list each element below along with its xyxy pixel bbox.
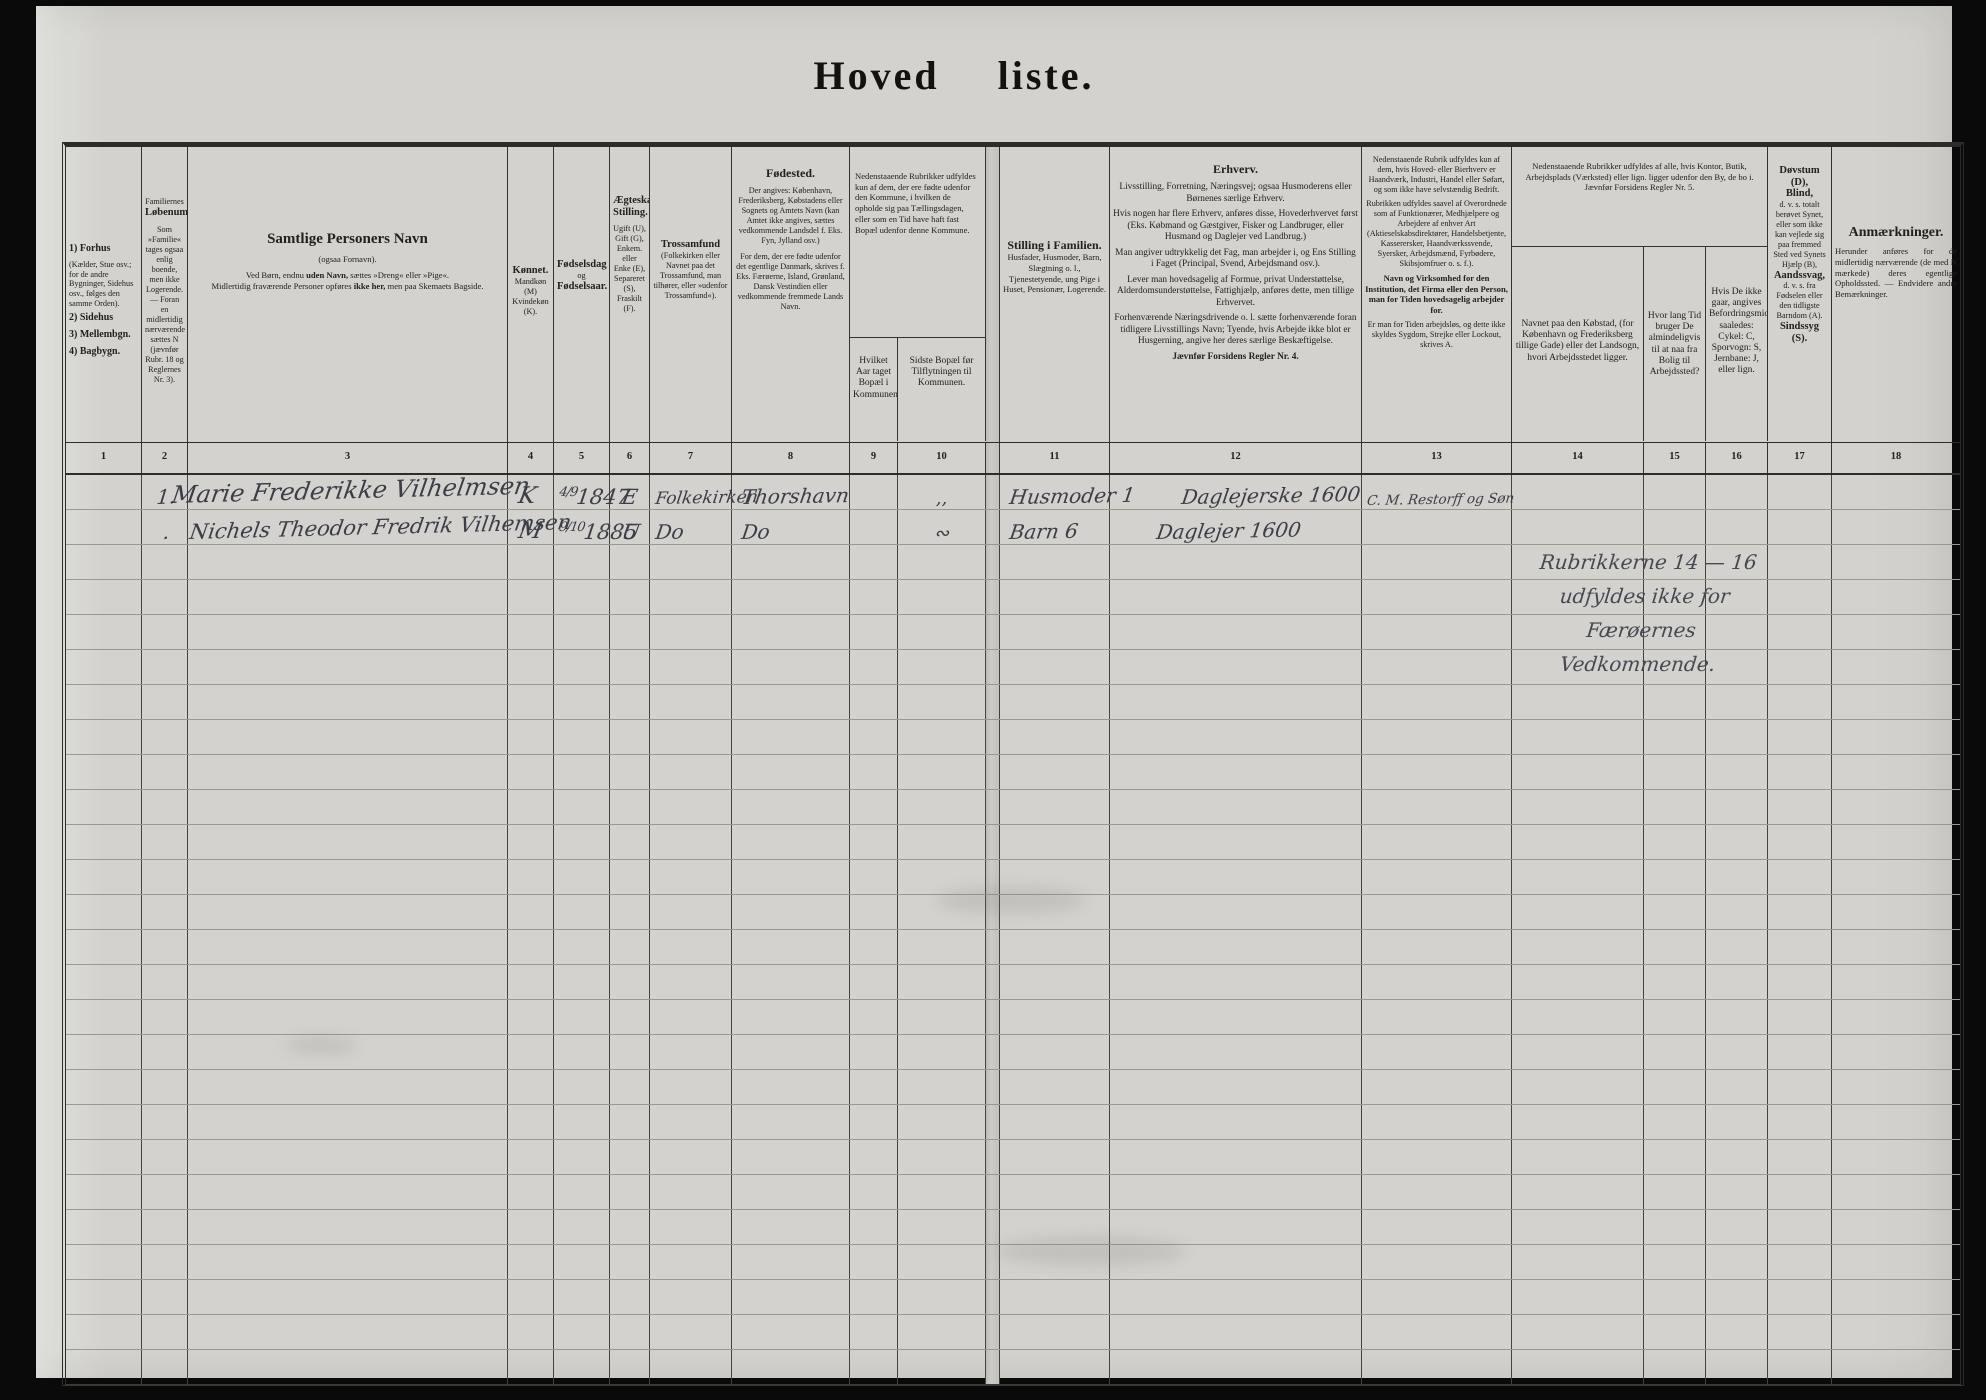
handwritten-lobenummer: . bbox=[161, 520, 170, 544]
body-cell bbox=[610, 1245, 650, 1279]
body-cell bbox=[508, 545, 554, 579]
body-cell bbox=[1362, 1035, 1512, 1069]
header-arbejdsgiver: Nedenstaaende Rubrik udfyldes kun af dem… bbox=[1362, 147, 1512, 442]
body-cell bbox=[1000, 1105, 1110, 1139]
body-cell bbox=[650, 790, 732, 824]
body-cell bbox=[898, 685, 986, 719]
body-cell bbox=[1768, 1245, 1832, 1279]
body-cell bbox=[1706, 580, 1768, 614]
body-cell bbox=[650, 650, 732, 684]
body-cell bbox=[850, 860, 898, 894]
header-arbejdssted: Navnet paa den Købstad, (for København o… bbox=[1512, 247, 1644, 441]
body-cell bbox=[508, 825, 554, 859]
body-cell bbox=[1644, 930, 1706, 964]
body-cell bbox=[554, 1350, 610, 1384]
body-cell bbox=[188, 545, 508, 579]
body-cell bbox=[66, 790, 142, 824]
column-number: 12 bbox=[1110, 443, 1362, 473]
body-cell bbox=[898, 755, 986, 789]
body-cell bbox=[1110, 615, 1362, 649]
foedselsdag-cell: 9/101885 bbox=[554, 510, 610, 544]
body-cell bbox=[1362, 1280, 1512, 1314]
foedselsdag-line1: Fødselsdag bbox=[557, 259, 606, 271]
body-cell bbox=[1000, 1175, 1110, 1209]
body-cell bbox=[554, 1175, 610, 1209]
page-gutter bbox=[986, 147, 1000, 442]
page-gutter bbox=[986, 545, 1000, 579]
body-cell bbox=[1512, 685, 1644, 719]
body-cell bbox=[1512, 1000, 1644, 1034]
table-row-entry-2: . Nichels Theodor Fredrik Vilhemsen M 9/… bbox=[66, 510, 1960, 545]
body-cell bbox=[1644, 1315, 1706, 1349]
body-cell bbox=[732, 685, 850, 719]
header-erhverv: Erhverv. Livsstilling, Forretning, Nærin… bbox=[1110, 147, 1362, 442]
body-cell bbox=[188, 965, 508, 999]
body-cell bbox=[554, 1105, 610, 1139]
body-cell bbox=[554, 825, 610, 859]
foedselsdag-line3: Fødselsaar. bbox=[557, 281, 606, 293]
body-cell bbox=[554, 1315, 610, 1349]
erhverv-p6: Jævnfør Forsidens Regler Nr. 4. bbox=[1113, 352, 1358, 364]
body-cell bbox=[850, 1350, 898, 1384]
table-row-empty bbox=[66, 930, 1960, 965]
body-cell bbox=[1110, 1350, 1362, 1384]
table-row-empty bbox=[66, 1070, 1960, 1105]
body-cell bbox=[610, 1000, 650, 1034]
body-cell bbox=[850, 720, 898, 754]
body-cell bbox=[1768, 755, 1832, 789]
body-cell bbox=[1512, 545, 1644, 579]
handwritten-trossamfund: Do bbox=[654, 520, 686, 544]
table-row-empty bbox=[66, 965, 1960, 1000]
stilling-title: Stilling i Familien. bbox=[1003, 239, 1106, 252]
body-cell bbox=[1832, 1000, 1960, 1034]
body-cell bbox=[1706, 545, 1768, 579]
stilling-cell: Barn 6 bbox=[1000, 510, 1110, 544]
body-cell bbox=[732, 1245, 850, 1279]
body-cell bbox=[650, 1315, 732, 1349]
table-row-empty bbox=[66, 685, 1960, 720]
body-cell bbox=[1362, 720, 1512, 754]
body-cell bbox=[554, 615, 610, 649]
body-cell bbox=[66, 1140, 142, 1174]
body-cell bbox=[898, 790, 986, 824]
body-cell bbox=[850, 790, 898, 824]
body-cell bbox=[188, 1105, 508, 1139]
body-cell bbox=[1706, 685, 1768, 719]
column-number: 5 bbox=[554, 443, 610, 473]
body-cell bbox=[188, 860, 508, 894]
body-cell bbox=[1512, 1350, 1644, 1384]
body-cell bbox=[554, 930, 610, 964]
body-cell bbox=[1706, 510, 1768, 544]
body-cell bbox=[1000, 1315, 1110, 1349]
body-cell bbox=[1706, 825, 1768, 859]
table-row-entry-1: 1. Marie Frederikke Vilhelmsen K 4/91847… bbox=[66, 475, 1960, 510]
body-cell bbox=[650, 545, 732, 579]
body-cell bbox=[1512, 1245, 1644, 1279]
body-cell bbox=[66, 1315, 142, 1349]
anmaerkninger-title: Anmærkninger. bbox=[1835, 225, 1957, 240]
body-cell bbox=[650, 615, 732, 649]
body-cell bbox=[1706, 1000, 1768, 1034]
body-cell bbox=[188, 1175, 508, 1209]
page-gutter bbox=[986, 1140, 1000, 1174]
trossamfund-note: (Folkekirken eller Navnet paa det Trossa… bbox=[653, 251, 728, 301]
header-foedselsdag: Fødselsdag og Fødselsaar. bbox=[554, 147, 610, 442]
body-cell bbox=[188, 580, 508, 614]
column-number: 3 bbox=[188, 443, 508, 473]
page-gutter bbox=[986, 930, 1000, 964]
body-cell bbox=[1832, 650, 1960, 684]
body-cell bbox=[554, 1140, 610, 1174]
column-number: 6 bbox=[610, 443, 650, 473]
aegteskabelig-note: Ugift (U), Gift (G), Enkem. eller Enke (… bbox=[613, 224, 646, 314]
body-cell bbox=[1832, 720, 1960, 754]
body-cell bbox=[732, 1210, 850, 1244]
body-cell bbox=[1768, 475, 1832, 509]
body-cell bbox=[1706, 1140, 1768, 1174]
page-gutter bbox=[986, 580, 1000, 614]
body-cell bbox=[850, 475, 898, 509]
page-title: Hovedliste. bbox=[0, 52, 1912, 99]
body-cell bbox=[66, 650, 142, 684]
body-cell bbox=[1768, 1280, 1832, 1314]
body-cell bbox=[1110, 895, 1362, 929]
body-cell bbox=[1110, 930, 1362, 964]
body-cell bbox=[1706, 1175, 1768, 1209]
body-cell bbox=[1644, 1175, 1706, 1209]
body-cell bbox=[898, 1350, 986, 1384]
body-cell bbox=[1644, 790, 1706, 824]
header-navn: Samtlige Personers Navn (ogsaa Fornavn).… bbox=[188, 147, 508, 442]
arbejdsgiver-p1: Nedenstaaende Rubrik udfyldes kun af dem… bbox=[1365, 155, 1508, 195]
page-gutter bbox=[986, 825, 1000, 859]
lobenumre-title1: Familiernes bbox=[145, 197, 184, 207]
body-cell bbox=[1768, 825, 1832, 859]
body-cell bbox=[650, 895, 732, 929]
body-cell bbox=[1644, 1070, 1706, 1104]
body-cell bbox=[188, 1315, 508, 1349]
body-cell bbox=[508, 1315, 554, 1349]
body-cell bbox=[1512, 1175, 1644, 1209]
body-cell bbox=[610, 1070, 650, 1104]
header-lobenumre: Familiernes Løbenumre. Som »Familie« tag… bbox=[142, 147, 188, 442]
body-cell bbox=[1768, 510, 1832, 544]
body-cell bbox=[1644, 650, 1706, 684]
body-cell bbox=[142, 1105, 188, 1139]
body-cell bbox=[1832, 860, 1960, 894]
body-cell bbox=[1362, 1105, 1512, 1139]
body-cell bbox=[1768, 580, 1832, 614]
body-cell bbox=[850, 1000, 898, 1034]
body-cell bbox=[732, 1350, 850, 1384]
body-cell bbox=[1362, 930, 1512, 964]
body-cell bbox=[1110, 1070, 1362, 1104]
page-gutter bbox=[986, 1105, 1000, 1139]
body-cell bbox=[1832, 1175, 1960, 1209]
body-cell bbox=[508, 720, 554, 754]
body-cell bbox=[554, 1000, 610, 1034]
navn-sub3: Midlertidig fraværende Personer opføres bbox=[211, 281, 353, 291]
erhverv-cell: Daglejerske 1600 bbox=[1110, 475, 1362, 509]
building-note-text: (Kælder, Stue osv.; for de andre Bygning… bbox=[69, 260, 138, 309]
column-number: 14 bbox=[1512, 443, 1644, 473]
body-cell bbox=[66, 1000, 142, 1034]
body-cell bbox=[66, 755, 142, 789]
body-cell bbox=[732, 1280, 850, 1314]
body-cell bbox=[650, 755, 732, 789]
body-cell bbox=[1832, 895, 1960, 929]
body-cell bbox=[1362, 1245, 1512, 1279]
body-cell bbox=[554, 1035, 610, 1069]
body-cell bbox=[1362, 580, 1512, 614]
body-cell bbox=[508, 615, 554, 649]
body-cell bbox=[188, 930, 508, 964]
body-cell bbox=[1512, 615, 1644, 649]
header-trossamfund: Trossamfund (Folkekirken eller Navnet pa… bbox=[650, 147, 732, 442]
body-cell bbox=[610, 965, 650, 999]
navn-cell: Nichels Theodor Fredrik Vilhemsen bbox=[188, 510, 508, 544]
body-cell bbox=[1644, 1245, 1706, 1279]
column-number: 18 bbox=[1832, 443, 1960, 473]
erhverv-p5: Forhenværende Næringsdrivende o. l. sætt… bbox=[1113, 313, 1358, 348]
body-cell bbox=[1000, 1280, 1110, 1314]
navn-sub3-bold: ikke her, bbox=[354, 281, 386, 291]
body-cell bbox=[1768, 965, 1832, 999]
navn-cell: Marie Frederikke Vilhelmsen bbox=[188, 475, 508, 509]
body-cell bbox=[1000, 650, 1110, 684]
body-cell bbox=[508, 1140, 554, 1174]
body-cell bbox=[66, 1105, 142, 1139]
navn-sub2-bold: uden Navn, bbox=[306, 270, 348, 280]
body-cell bbox=[898, 930, 986, 964]
body-cell bbox=[1644, 1280, 1706, 1314]
body-cell bbox=[610, 1140, 650, 1174]
body-cell bbox=[508, 1350, 554, 1384]
column-numbers-row: 1 2 3 4 5 6 7 8 9 10 11 12 13 14 15 16 1… bbox=[66, 443, 1960, 475]
foedested-cell: Thorshavn bbox=[732, 475, 850, 509]
koennet-line1: Mandkøn (M) bbox=[511, 277, 550, 297]
body-cell bbox=[1512, 650, 1644, 684]
body-cell bbox=[142, 1210, 188, 1244]
body-cell bbox=[1832, 1105, 1960, 1139]
body-cell bbox=[1110, 790, 1362, 824]
handicap-dovstum: Døvstum (D), bbox=[1771, 165, 1828, 188]
body-cell bbox=[850, 580, 898, 614]
body-cell bbox=[142, 580, 188, 614]
column-number: 11 bbox=[1000, 443, 1110, 473]
header-group-14-16: Nedenstaaende Rubrikker udfyldes af alle… bbox=[1512, 147, 1768, 442]
body-cell bbox=[1832, 580, 1960, 614]
body-cell bbox=[1644, 825, 1706, 859]
body-cell bbox=[1110, 965, 1362, 999]
body-cell bbox=[508, 965, 554, 999]
body-cell bbox=[850, 1315, 898, 1349]
body-cell bbox=[1768, 685, 1832, 719]
group-14-16-note: Nedenstaaende Rubrikker udfyldes af alle… bbox=[1512, 147, 1768, 247]
table-row-empty bbox=[66, 1315, 1960, 1350]
body-cell bbox=[732, 1000, 850, 1034]
koen-cell: M bbox=[508, 510, 554, 544]
body-cell bbox=[850, 1175, 898, 1209]
body-cell bbox=[1000, 720, 1110, 754]
body-cell bbox=[554, 1245, 610, 1279]
aegteskabelig-cell: E bbox=[610, 475, 650, 509]
body-cell bbox=[898, 1105, 986, 1139]
body-cell bbox=[1512, 1280, 1644, 1314]
body-cell bbox=[610, 825, 650, 859]
body-cell bbox=[650, 720, 732, 754]
body-cell bbox=[1768, 860, 1832, 894]
body-cell bbox=[1768, 650, 1832, 684]
body-cell bbox=[1110, 1175, 1362, 1209]
column-number: 16 bbox=[1706, 443, 1768, 473]
header-befordringsmiddel: Hvis De ikke gaar, angives Befordringsmi… bbox=[1706, 247, 1768, 441]
body-cell bbox=[1706, 1210, 1768, 1244]
table-row-empty bbox=[66, 1280, 1960, 1315]
body-cell bbox=[850, 510, 898, 544]
body-cell bbox=[66, 545, 142, 579]
header-rejsetid: Hvor lang Tid bruger De almindeligvis ti… bbox=[1644, 247, 1706, 441]
body-cell bbox=[508, 895, 554, 929]
body-cell bbox=[142, 545, 188, 579]
table-row-empty bbox=[66, 580, 1960, 615]
body-cell bbox=[1832, 1070, 1960, 1104]
handwritten-aegteskabelig: E bbox=[620, 485, 640, 509]
body-cell bbox=[66, 1350, 142, 1384]
page-gutter bbox=[986, 443, 1000, 473]
body-cell bbox=[1832, 1210, 1960, 1244]
body-cell bbox=[1644, 1105, 1706, 1139]
body-cell bbox=[1768, 1000, 1832, 1034]
handwritten-foedested: Do bbox=[740, 520, 772, 544]
body-cell bbox=[850, 545, 898, 579]
body-cell bbox=[1706, 475, 1768, 509]
body-cell bbox=[898, 1280, 986, 1314]
table-row-empty bbox=[66, 1350, 1960, 1384]
body-cell bbox=[142, 1280, 188, 1314]
body-cell bbox=[850, 1140, 898, 1174]
page-gutter bbox=[986, 475, 1000, 509]
ink-bleed-smudge bbox=[286, 1036, 356, 1054]
body-cell bbox=[554, 860, 610, 894]
body-cell bbox=[650, 860, 732, 894]
body-cell bbox=[1644, 755, 1706, 789]
body-cell bbox=[508, 1175, 554, 1209]
body-cell bbox=[1000, 580, 1110, 614]
body-cell bbox=[898, 825, 986, 859]
body-cell bbox=[66, 580, 142, 614]
body-cell bbox=[650, 1245, 732, 1279]
arbejdsgiver-cell bbox=[1362, 510, 1512, 544]
body-cell bbox=[66, 615, 142, 649]
body-cell bbox=[1768, 930, 1832, 964]
table-header-row: 1) Forhus (Kælder, Stue osv.; for de and… bbox=[66, 147, 1960, 443]
arbejdsgiver-p2: Rubrikken udfyldes saavel af Overordnede… bbox=[1365, 199, 1508, 269]
header-aegteskabelig: Ægteskabelig Stilling. Ugift (U), Gift (… bbox=[610, 147, 650, 442]
body-cell bbox=[1362, 825, 1512, 859]
header-group-9-10: Nedenstaaende Rubrikker udfyldes kun af … bbox=[850, 147, 986, 442]
body-cell bbox=[142, 720, 188, 754]
column-number: 8 bbox=[732, 443, 850, 473]
body-cell bbox=[1644, 965, 1706, 999]
body-cell bbox=[554, 790, 610, 824]
body-cell bbox=[1706, 930, 1768, 964]
body-cell bbox=[732, 1175, 850, 1209]
body-cell bbox=[1362, 650, 1512, 684]
body-cell bbox=[732, 1035, 850, 1069]
body-cell bbox=[1110, 755, 1362, 789]
table-row-empty bbox=[66, 1175, 1960, 1210]
body-cell bbox=[1832, 790, 1960, 824]
body-cell bbox=[650, 930, 732, 964]
foedselsdag-cell: 4/91847 bbox=[554, 475, 610, 509]
body-cell bbox=[732, 755, 850, 789]
aegteskabelig-cell: U bbox=[610, 510, 650, 544]
column-number: 15 bbox=[1644, 443, 1706, 473]
body-cell bbox=[1644, 475, 1706, 509]
body-cell bbox=[508, 930, 554, 964]
body-cell bbox=[508, 1105, 554, 1139]
body-cell bbox=[650, 1175, 732, 1209]
body-cell bbox=[732, 1070, 850, 1104]
body-cell bbox=[142, 860, 188, 894]
lobenumre-title2: Løbenumre. bbox=[145, 207, 184, 219]
body-cell bbox=[1832, 825, 1960, 859]
sidste-bopael-cell: ∾ bbox=[898, 510, 986, 544]
body-cell bbox=[898, 720, 986, 754]
column-number: 17 bbox=[1768, 443, 1832, 473]
body-cell bbox=[188, 1140, 508, 1174]
body-cell bbox=[898, 580, 986, 614]
body-cell bbox=[650, 1350, 732, 1384]
body-cell bbox=[850, 825, 898, 859]
body-cell bbox=[1362, 860, 1512, 894]
trossamfund-cell: Do bbox=[650, 510, 732, 544]
body-cell bbox=[1512, 930, 1644, 964]
body-cell bbox=[66, 1210, 142, 1244]
handwritten-arbejdsgiver: C. M. Restorff og Søn bbox=[1366, 490, 1515, 509]
page-gutter bbox=[986, 1070, 1000, 1104]
body-cell bbox=[1768, 1105, 1832, 1139]
building-note-label: 2) Sidehus bbox=[69, 312, 113, 323]
table-row-empty bbox=[66, 755, 1960, 790]
body-cell bbox=[1362, 1210, 1512, 1244]
handicap-blind: Blind, bbox=[1771, 188, 1828, 200]
body-cell bbox=[508, 580, 554, 614]
lobenummer-cell: . bbox=[142, 510, 188, 544]
body-cell bbox=[1644, 545, 1706, 579]
building-note-label: 1) Forhus bbox=[69, 243, 110, 254]
body-cell bbox=[1362, 755, 1512, 789]
body-cell bbox=[508, 860, 554, 894]
body-cell bbox=[610, 1210, 650, 1244]
body-cell bbox=[188, 685, 508, 719]
body-cell bbox=[142, 930, 188, 964]
aegteskabelig-title: Ægteskabelig Stilling. bbox=[613, 195, 646, 218]
body-cell bbox=[508, 755, 554, 789]
body-cell bbox=[898, 1245, 986, 1279]
page-gutter bbox=[986, 1175, 1000, 1209]
body-cell bbox=[650, 1070, 732, 1104]
body-cell bbox=[1706, 650, 1768, 684]
body-cell bbox=[1512, 1105, 1644, 1139]
header-handicap: Døvstum (D), Blind, d. v. s. totalt berø… bbox=[1768, 147, 1832, 442]
body-cell bbox=[898, 1175, 986, 1209]
body-cell bbox=[1000, 685, 1110, 719]
body-cell bbox=[850, 1070, 898, 1104]
